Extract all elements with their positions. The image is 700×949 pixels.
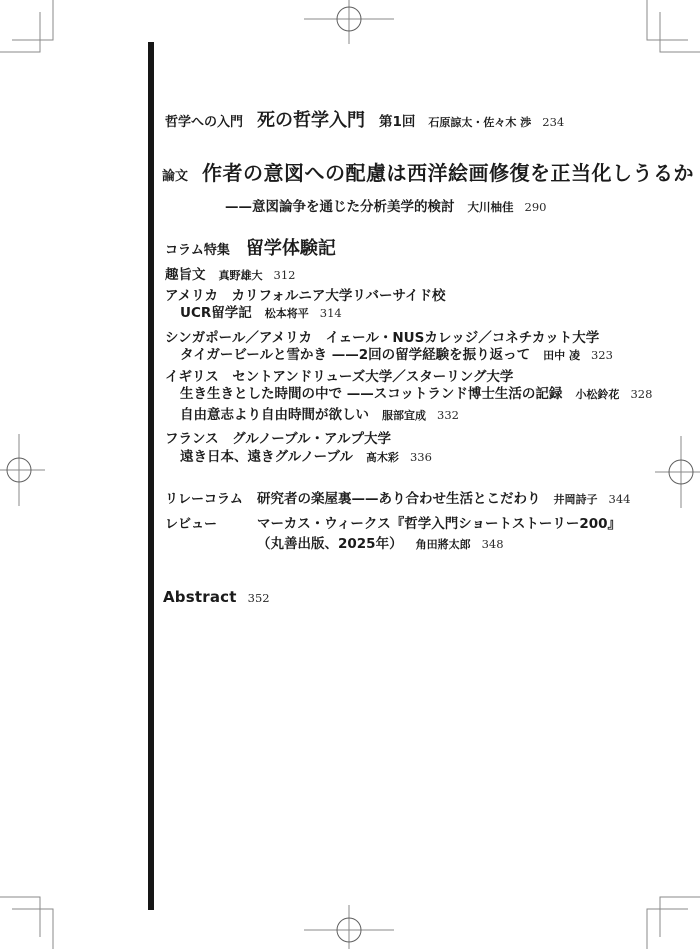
- serial-title: 死の哲学入門: [257, 110, 365, 131]
- article-page-number: 290: [525, 200, 547, 214]
- entry-1-author: 田中 凌: [543, 349, 580, 362]
- review-author: 角田將太郎: [416, 538, 471, 551]
- spine-bar: [148, 42, 154, 910]
- entry-4-sub: 遠き日本、遠きグルノーブル: [180, 449, 353, 465]
- entry-3-author: 服部宜成: [382, 409, 426, 422]
- toc-entry-review-line2: （丸善出版、2025年）角田將太郎348: [257, 533, 504, 553]
- article-subtitle: ——意図論争を通じた分析美学的検討: [225, 199, 455, 215]
- feature-header: コラム特集留学体験記: [165, 238, 336, 261]
- relay-title: 研究者の楽屋裏——あり合わせ生活とこだわり: [257, 491, 541, 507]
- feature-entry-subline: 自由意志より自由時間が欲しい服部宜成332: [180, 404, 459, 424]
- review-label: レビュー: [165, 517, 257, 533]
- entry-1-page-number: 323: [591, 348, 613, 362]
- serial-authors: 石原諒太・佐々木 渉: [428, 116, 531, 129]
- entry-0-page-number: 314: [320, 306, 342, 320]
- feature-entry-subline: UCR留学記松本将平314: [180, 302, 342, 322]
- trim-mark-top-left: [0, 0, 56, 56]
- entry-0-sub: UCR留学記: [180, 305, 252, 321]
- intro-author: 真野雄大: [219, 269, 263, 282]
- register-mark-right-center: [654, 436, 700, 508]
- trim-mark-top-right: [644, 0, 700, 56]
- serial-page-number: 234: [542, 115, 564, 129]
- entry-4-heading: フランス グルノーブル・アルプ大学: [165, 431, 391, 447]
- intro-page-number: 312: [274, 268, 296, 282]
- register-mark-left-center: [0, 434, 46, 506]
- entry-0-author: 松本将平: [265, 307, 309, 320]
- review-page-number: 348: [482, 537, 504, 551]
- article-label: 論文: [162, 169, 188, 184]
- register-mark-bottom-center: [304, 903, 394, 949]
- review-publisher: （丸善出版、2025年）: [257, 536, 403, 552]
- serial-episode: 第1回: [379, 114, 415, 130]
- toc-entry-serial: 哲学への入門死の哲学入門第1回石原諒太・佐々木 渉234: [165, 110, 564, 133]
- abstract-page-number: 352: [248, 591, 270, 605]
- feature-label: コラム特集: [165, 243, 230, 258]
- feature-entry-subline: 生き生きとした時間の中で ——スコットランド博士生活の記録小松鈴花328: [180, 383, 652, 403]
- trim-mark-bottom-right: [644, 893, 700, 949]
- toc-entry-relay: リレーコラム 研究者の楽屋裏——あり合わせ生活とこだわり井岡詩子344: [165, 488, 630, 508]
- article-author: 大川柚佳: [468, 200, 514, 214]
- trim-mark-bottom-left: [0, 893, 56, 949]
- entry-2-sub: 生き生きとした時間の中で ——スコットランド博士生活の記録: [180, 386, 562, 402]
- entry-3-sub: 自由意志より自由時間が欲しい: [180, 407, 369, 423]
- relay-label: リレーコラム: [165, 492, 257, 508]
- feature-entry-subline: 遠き日本、遠きグルノーブル髙木彩336: [180, 446, 432, 466]
- toc-entry-review: レビュー マーカス・ウィークス『哲学入門ショートストーリー200』: [165, 516, 621, 533]
- register-mark-top-center: [304, 0, 394, 46]
- feature-entry-heading: フランス グルノーブル・アルプ大学: [165, 428, 391, 448]
- entry-3-page-number: 332: [437, 408, 459, 422]
- review-title: マーカス・ウィークス『哲学入門ショートストーリー200』: [257, 516, 621, 533]
- feature-entry-subline: タイガービールと雪かき ——2回の留学経験を振り返って田中 凌323: [180, 344, 613, 364]
- serial-label: 哲学への入門: [165, 115, 243, 130]
- intro-title: 趣旨文: [165, 267, 206, 283]
- entry-2-page-number: 328: [630, 387, 652, 401]
- relay-page-number: 344: [609, 492, 631, 506]
- toc-entry-article-subtitle: ——意図論争を通じた分析美学的検討大川柚佳290: [225, 196, 546, 216]
- article-title: 作者の意図への配慮は西洋絵画修復を正当化しうるか: [202, 161, 694, 185]
- entry-1-sub: タイガービールと雪かき ——2回の留学経験を振り返って: [180, 347, 530, 363]
- toc-entry-intro: 趣旨文真野雄大312: [165, 264, 295, 284]
- entry-4-page-number: 336: [410, 450, 432, 464]
- abstract-label: Abstract: [163, 588, 237, 606]
- entry-2-author: 小松鈴花: [575, 388, 619, 401]
- toc-entry-abstract: Abstract352: [163, 587, 270, 607]
- relay-author: 井岡詩子: [554, 493, 598, 506]
- toc-entry-article-title: 論文作者の意図への配慮は西洋絵画修復を正当化しうるか: [162, 161, 694, 186]
- feature-title: 留学体験記: [246, 238, 336, 259]
- entry-4-author: 髙木彩: [366, 451, 399, 464]
